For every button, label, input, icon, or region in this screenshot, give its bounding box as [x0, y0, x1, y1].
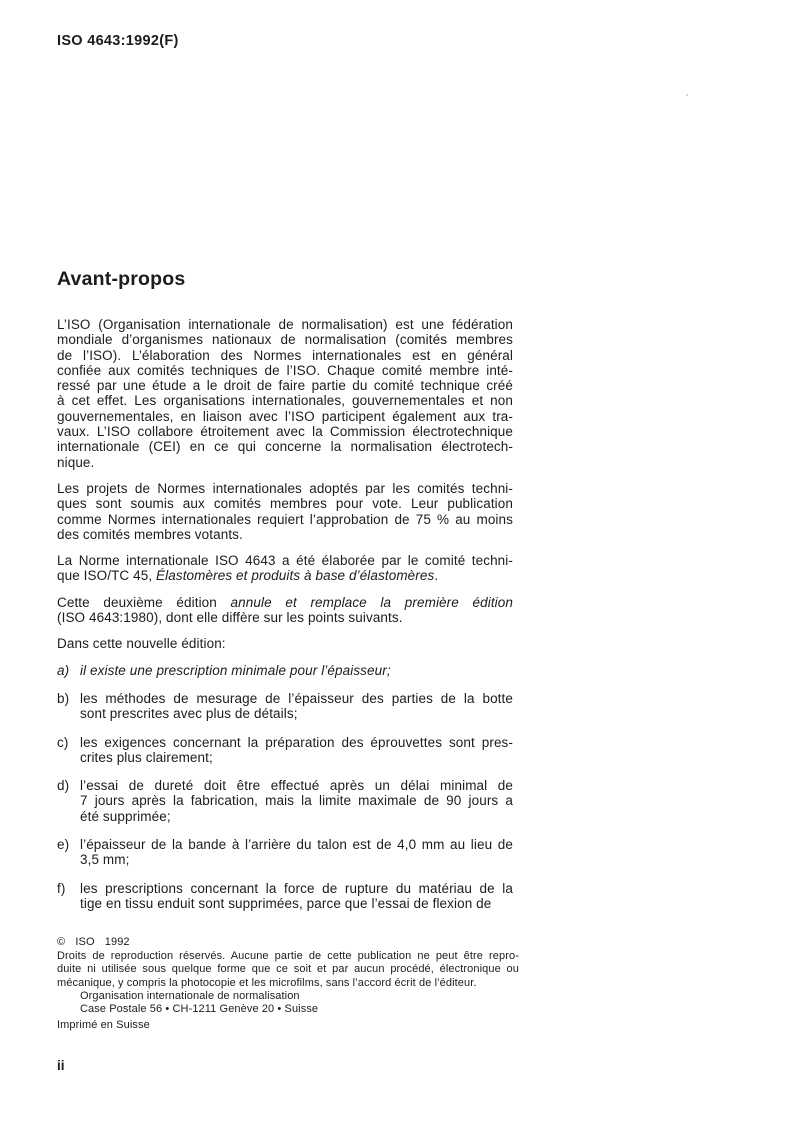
rights-text: Droits de reproduction réservés. Aucune …: [57, 950, 519, 990]
text-line: Case Postale 56 • CH-1211 Genève 20 • Su…: [80, 1003, 519, 1016]
list-item: b)les méthodes de mesurage de l’épaisseu…: [57, 691, 513, 722]
text-line: (ISO 4643:1980), dont elle diffère sur l…: [57, 610, 513, 625]
document-code: ISO 4643:1992(F): [57, 33, 179, 49]
text-line: 7 jours après la fabrication, mais la li…: [80, 793, 513, 808]
text-line: les prescriptions concernant la force de…: [80, 881, 513, 896]
text-line: l’épaisseur de la bande à l’arrière du t…: [80, 837, 513, 852]
organization-address: Organisation internationale de normalisa…: [57, 990, 519, 1016]
text-line: mondiale d’organismes nationaux de norma…: [57, 332, 513, 347]
list-item-marker: e): [57, 837, 80, 868]
text-line: ques sont soumis aux comités membres pou…: [57, 496, 513, 511]
text-line: La Norme internationale ISO 4643 a été é…: [57, 553, 513, 568]
list-item: a)il existe une prescription minimale po…: [57, 663, 513, 678]
text-line: mécanique, y compris la photocopie et le…: [57, 977, 519, 990]
text-line: comme Normes internationales requiert l’…: [57, 512, 513, 527]
page-number: ii: [57, 1058, 65, 1073]
text-line: Dans cette nouvelle édition:: [57, 636, 513, 651]
list-item: d)l’essai de dureté doit être effectué a…: [57, 778, 513, 824]
copyright-footer: © ISO 1992 Droits de reproduction réserv…: [57, 936, 519, 1032]
list-item-marker: d): [57, 778, 80, 824]
copyright-notice: © ISO 1992: [57, 936, 519, 949]
text-line: les méthodes de mesurage de l’épaisseur …: [80, 691, 513, 706]
list-item: f)les prescriptions concernant la force …: [57, 881, 513, 912]
list-item: c)les exigences concernant la préparatio…: [57, 735, 513, 766]
text-line: crites plus clairement;: [80, 750, 513, 765]
paragraph: L’ISO (Organisation internationale de no…: [57, 317, 513, 470]
list-item: e)l’épaisseur de la bande à l’arrière du…: [57, 837, 513, 868]
text-line: confiée aux comités techniques de l’ISO.…: [57, 363, 513, 378]
list-item-text: les exigences concernant la préparation …: [80, 735, 513, 766]
text-line: Droits de reproduction réservés. Aucune …: [57, 950, 519, 963]
text-line: de l’ISO). L’élaboration des Normes inte…: [57, 348, 513, 363]
text-line: Organisation internationale de normalisa…: [80, 990, 519, 1003]
list-item-text: il existe une prescription minimale pour…: [80, 663, 513, 678]
list-item-marker: a): [57, 663, 80, 678]
text-line: été supprimée;: [80, 809, 513, 824]
text-line: 3,5 mm;: [80, 852, 513, 867]
text-line: duite ni utilisée sous quelque forme que…: [57, 963, 519, 976]
list-item-marker: f): [57, 881, 80, 912]
text-line: à cet effet. Les organisations internati…: [57, 393, 513, 408]
list-item-text: les méthodes de mesurage de l’épaisseur …: [80, 691, 513, 722]
list-item-text: l’épaisseur de la bande à l’arrière du t…: [80, 837, 513, 868]
text-line: internationale (CEI) en ce qui concerne …: [57, 439, 513, 454]
foreword-change-list: a)il existe une prescription minimale po…: [57, 663, 513, 912]
text-line: l’essai de dureté doit être effectué apr…: [80, 778, 513, 793]
text-line: Les projets de Normes internationales ad…: [57, 481, 513, 496]
foreword-paragraphs: L’ISO (Organisation internationale de no…: [57, 317, 513, 652]
text-line: des comités membres votants.: [57, 527, 513, 542]
list-item-marker: b): [57, 691, 80, 722]
page-title: Avant-propos: [57, 268, 513, 291]
text-line: tige en tissu enduit sont supprimées, pa…: [80, 896, 513, 911]
text-line: les exigences concernant la préparation …: [80, 735, 513, 750]
list-item-text: les prescriptions concernant la force de…: [80, 881, 513, 912]
paragraph: Dans cette nouvelle édition:: [57, 636, 513, 651]
text-line: il existe une prescription minimale pour…: [80, 663, 513, 678]
text-line: nique.: [57, 455, 513, 470]
text-line: sont prescrites avec plus de détails;: [80, 706, 513, 721]
paragraph: Cette deuxième édition annule et remplac…: [57, 595, 513, 626]
paragraph: Les projets de Normes internationales ad…: [57, 481, 513, 542]
list-item-marker: c): [57, 735, 80, 766]
text-line: ressé par une étude a le droit de faire …: [57, 378, 513, 393]
text-line: vaux. L’ISO collabore étroitement avec l…: [57, 424, 513, 439]
printed-in: Imprimé en Suisse: [57, 1019, 519, 1032]
text-line: gouvernementales, en liaison avec l’ISO …: [57, 409, 513, 424]
text-line: que ISO/TC 45, Élastomères et produits à…: [57, 568, 513, 583]
list-item-text: l’essai de dureté doit être effectué apr…: [80, 778, 513, 824]
scan-artifact: [686, 94, 688, 96]
text-line: L’ISO (Organisation internationale de no…: [57, 317, 513, 332]
paragraph: La Norme internationale ISO 4643 a été é…: [57, 553, 513, 584]
text-line: Cette deuxième édition annule et remplac…: [57, 595, 513, 610]
foreword-section: Avant-propos L’ISO (Organisation interna…: [57, 268, 513, 924]
